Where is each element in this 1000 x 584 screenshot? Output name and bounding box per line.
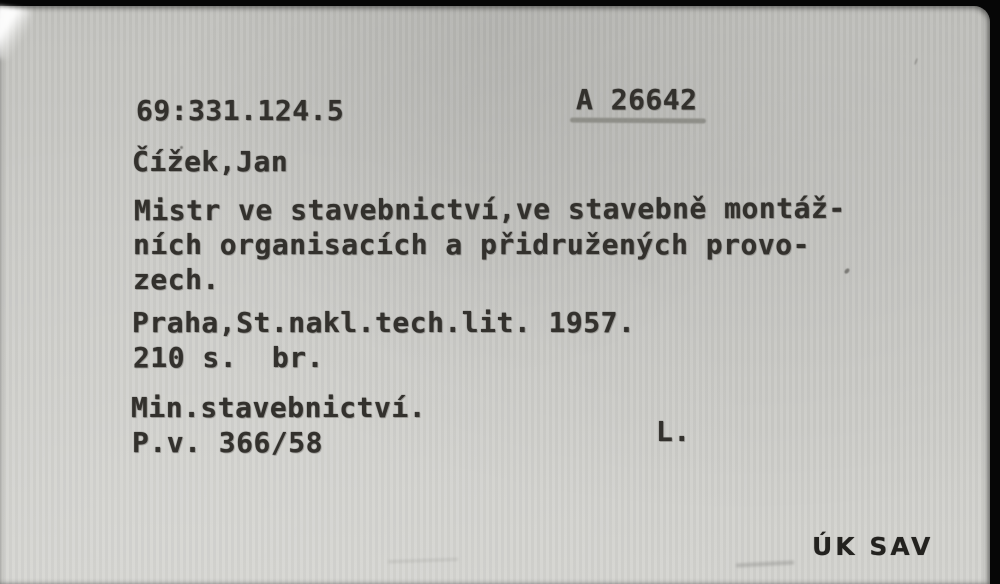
title-line-2: ních organisacích a přidružených provo- bbox=[133, 231, 810, 259]
record-number: P.v. 366/58 bbox=[132, 429, 323, 457]
title-line-3: zech. bbox=[133, 266, 220, 294]
corporate-note: Min.stavebnictví. bbox=[131, 394, 426, 422]
collation-line: 210 s. br. bbox=[133, 344, 324, 372]
accession-number: A 26642 bbox=[576, 86, 698, 114]
paper-speck bbox=[914, 58, 918, 65]
imprint-line: Praha,St.nakl.tech.lit. 1957. bbox=[132, 309, 635, 337]
accession-underline bbox=[570, 118, 706, 124]
scanned-catalog-card-page: { "card": { "call_number": "69:331.124.5… bbox=[0, 0, 1000, 584]
pencil-smudge bbox=[388, 558, 458, 563]
paper-speck bbox=[844, 267, 851, 274]
author-name: Čížek,Jan bbox=[132, 148, 288, 176]
worn-corner-mark bbox=[0, 6, 31, 62]
call-number: 69:331.124.5 bbox=[136, 97, 344, 125]
catalog-card: 69:331.124.5 A 26642 Čížek,Jan Mistr ve … bbox=[0, 6, 990, 584]
cataloguer-initial: L. bbox=[656, 418, 691, 446]
paper-speck bbox=[180, 146, 183, 149]
title-line-1: Mistr ve stavebnictví,ve stavebně montáž… bbox=[134, 195, 846, 225]
pencil-smudge bbox=[736, 560, 794, 567]
library-stamp: ÚK SAV bbox=[812, 532, 933, 561]
